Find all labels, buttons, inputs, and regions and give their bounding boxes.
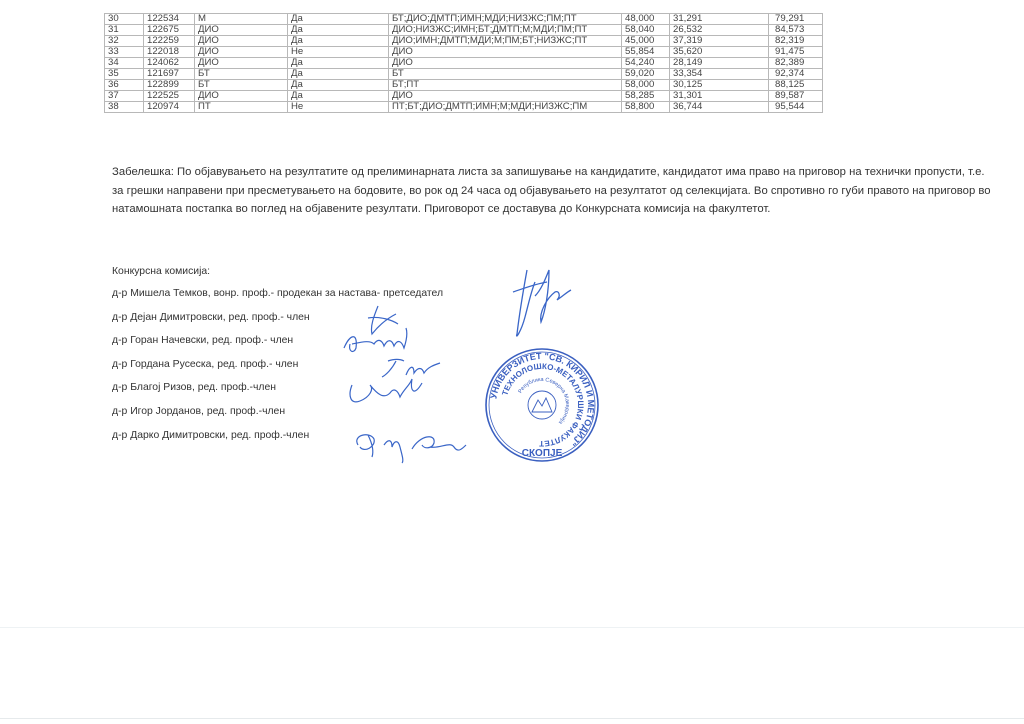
table-row: 34124062ДИОДаДИО54,24028,14982,389 [105, 58, 823, 69]
table-cell: 37,319 [670, 36, 769, 47]
table-cell: ДИО;ИМН;ДМТП;МДИ;М;ПМ;БТ;НИЗЖС;ПТ [389, 36, 622, 47]
table-cell: 36 [105, 80, 144, 91]
table-row: 35121697БТДаБТ59,02033,35492,374 [105, 69, 823, 80]
table-cell: Да [288, 36, 389, 47]
signature-member-6 [350, 425, 470, 465]
table-cell: 31,301 [670, 91, 769, 102]
table-cell: 58,285 [622, 91, 670, 102]
table-cell: ПТ;БТ;ДИО;ДМТП;ИМН;М;МДИ;НИЗЖС;ПМ [389, 102, 622, 113]
table-cell: БТ [389, 69, 622, 80]
scan-line [0, 718, 1024, 719]
table-cell: БТ;ПТ [389, 80, 622, 91]
table-cell: Не [288, 102, 389, 113]
table-cell: 54,240 [622, 58, 670, 69]
table-cell: 31 [105, 25, 144, 36]
table-cell: 122534 [144, 14, 195, 25]
table-cell: 82,389 [769, 58, 823, 69]
note-paragraph: Забелешка: По објавувањето на резултатит… [112, 163, 992, 219]
table-cell: 31,291 [670, 14, 769, 25]
table-cell: 122675 [144, 25, 195, 36]
table-cell: 120974 [144, 102, 195, 113]
table-cell: Да [288, 91, 389, 102]
table-row: 36122899БТДаБТ;ПТ58,00030,12588,125 [105, 80, 823, 91]
table-cell: 30 [105, 14, 144, 25]
results-table: 30122534МДаБТ;ДИО;ДМТП;ИМН;МДИ;НИЗЖС;ПМ;… [104, 13, 823, 113]
table-cell: 58,000 [622, 80, 670, 91]
table-cell: ДИО [195, 25, 288, 36]
table-cell: ДИО [195, 91, 288, 102]
table-cell: М [195, 14, 288, 25]
table-cell: 79,291 [769, 14, 823, 25]
table-cell: 122018 [144, 47, 195, 58]
table-cell: 26,532 [670, 25, 769, 36]
committee-title: Конкурсна комисија: [112, 266, 443, 277]
table-cell: ДИО [195, 58, 288, 69]
table-cell: 82,319 [769, 36, 823, 47]
table-cell: 37 [105, 91, 144, 102]
scan-line [0, 627, 1024, 628]
table-row: 37122525ДИОДаДИО58,28531,30189,587 [105, 91, 823, 102]
table-cell: 124062 [144, 58, 195, 69]
table-cell: 58,800 [622, 102, 670, 113]
table-row: 32122259ДИОДаДИО;ИМН;ДМТП;МДИ;М;ПМ;БТ;НИ… [105, 36, 823, 47]
table-cell: 58,040 [622, 25, 670, 36]
table-row: 30122534МДаБТ;ДИО;ДМТП;ИМН;МДИ;НИЗЖС;ПМ;… [105, 14, 823, 25]
table-cell: ДИО [389, 58, 622, 69]
table-cell: БТ [195, 80, 288, 91]
table-cell: ДИО;НИЗЖС;ИМН;БТ;ДМТП;М;МДИ;ПМ;ПТ [389, 25, 622, 36]
table-cell: ПТ [195, 102, 288, 113]
table-cell: 59,020 [622, 69, 670, 80]
table-row: 33122018ДИОНеДИО55,85435,62091,475 [105, 47, 823, 58]
table-cell: 38 [105, 102, 144, 113]
table-cell: Да [288, 69, 389, 80]
table-cell: 121697 [144, 69, 195, 80]
table-cell: 33,354 [670, 69, 769, 80]
table-cell: 122259 [144, 36, 195, 47]
signature-chair [505, 262, 575, 342]
table-cell: 33 [105, 47, 144, 58]
table-cell: 48,000 [622, 14, 670, 25]
table-cell: 32 [105, 36, 144, 47]
table-cell: 55,854 [622, 47, 670, 58]
table-cell: 95,544 [769, 102, 823, 113]
stamp-city: СКОПЈЕ [522, 448, 563, 459]
table-cell: Не [288, 47, 389, 58]
table-cell: Да [288, 58, 389, 69]
table-row: 31122675ДИОДаДИО;НИЗЖС;ИМН;БТ;ДМТП;М;МДИ… [105, 25, 823, 36]
table-row: 38120974ПТНеПТ;БТ;ДИО;ДМТП;ИМН;М;МДИ;НИЗ… [105, 102, 823, 113]
svg-text:Република Северна Македонија: Република Северна Македонија [518, 377, 571, 426]
table-cell: Да [288, 14, 389, 25]
table-cell: БТ [195, 69, 288, 80]
table-cell: БТ;ДИО;ДМТП;ИМН;МДИ;НИЗЖС;ПМ;ПТ [389, 14, 622, 25]
table-cell: 30,125 [670, 80, 769, 91]
table-cell: 122525 [144, 91, 195, 102]
table-cell: Да [288, 80, 389, 91]
table-cell: 122899 [144, 80, 195, 91]
faculty-stamp: УНИВЕРЗИТЕТ "СВ. КИРИЛ И МЕТОДИЈ" ТЕХНОЛ… [480, 340, 604, 470]
table-cell: 91,475 [769, 47, 823, 58]
table-cell: 89,587 [769, 91, 823, 102]
table-cell: 35 [105, 69, 144, 80]
table-cell: ДИО [389, 47, 622, 58]
table-cell: Да [288, 25, 389, 36]
table-cell: 84,573 [769, 25, 823, 36]
table-cell: 35,620 [670, 47, 769, 58]
table-cell: ДИО [195, 47, 288, 58]
table-cell: 88,125 [769, 80, 823, 91]
table-cell: 36,744 [670, 102, 769, 113]
table-cell: ДИО [195, 36, 288, 47]
table-cell: ДИО [389, 91, 622, 102]
table-cell: 45,000 [622, 36, 670, 47]
signature-member-2 [340, 355, 450, 415]
table-cell: 92,374 [769, 69, 823, 80]
table-cell: 34 [105, 58, 144, 69]
table-cell: 28,149 [670, 58, 769, 69]
